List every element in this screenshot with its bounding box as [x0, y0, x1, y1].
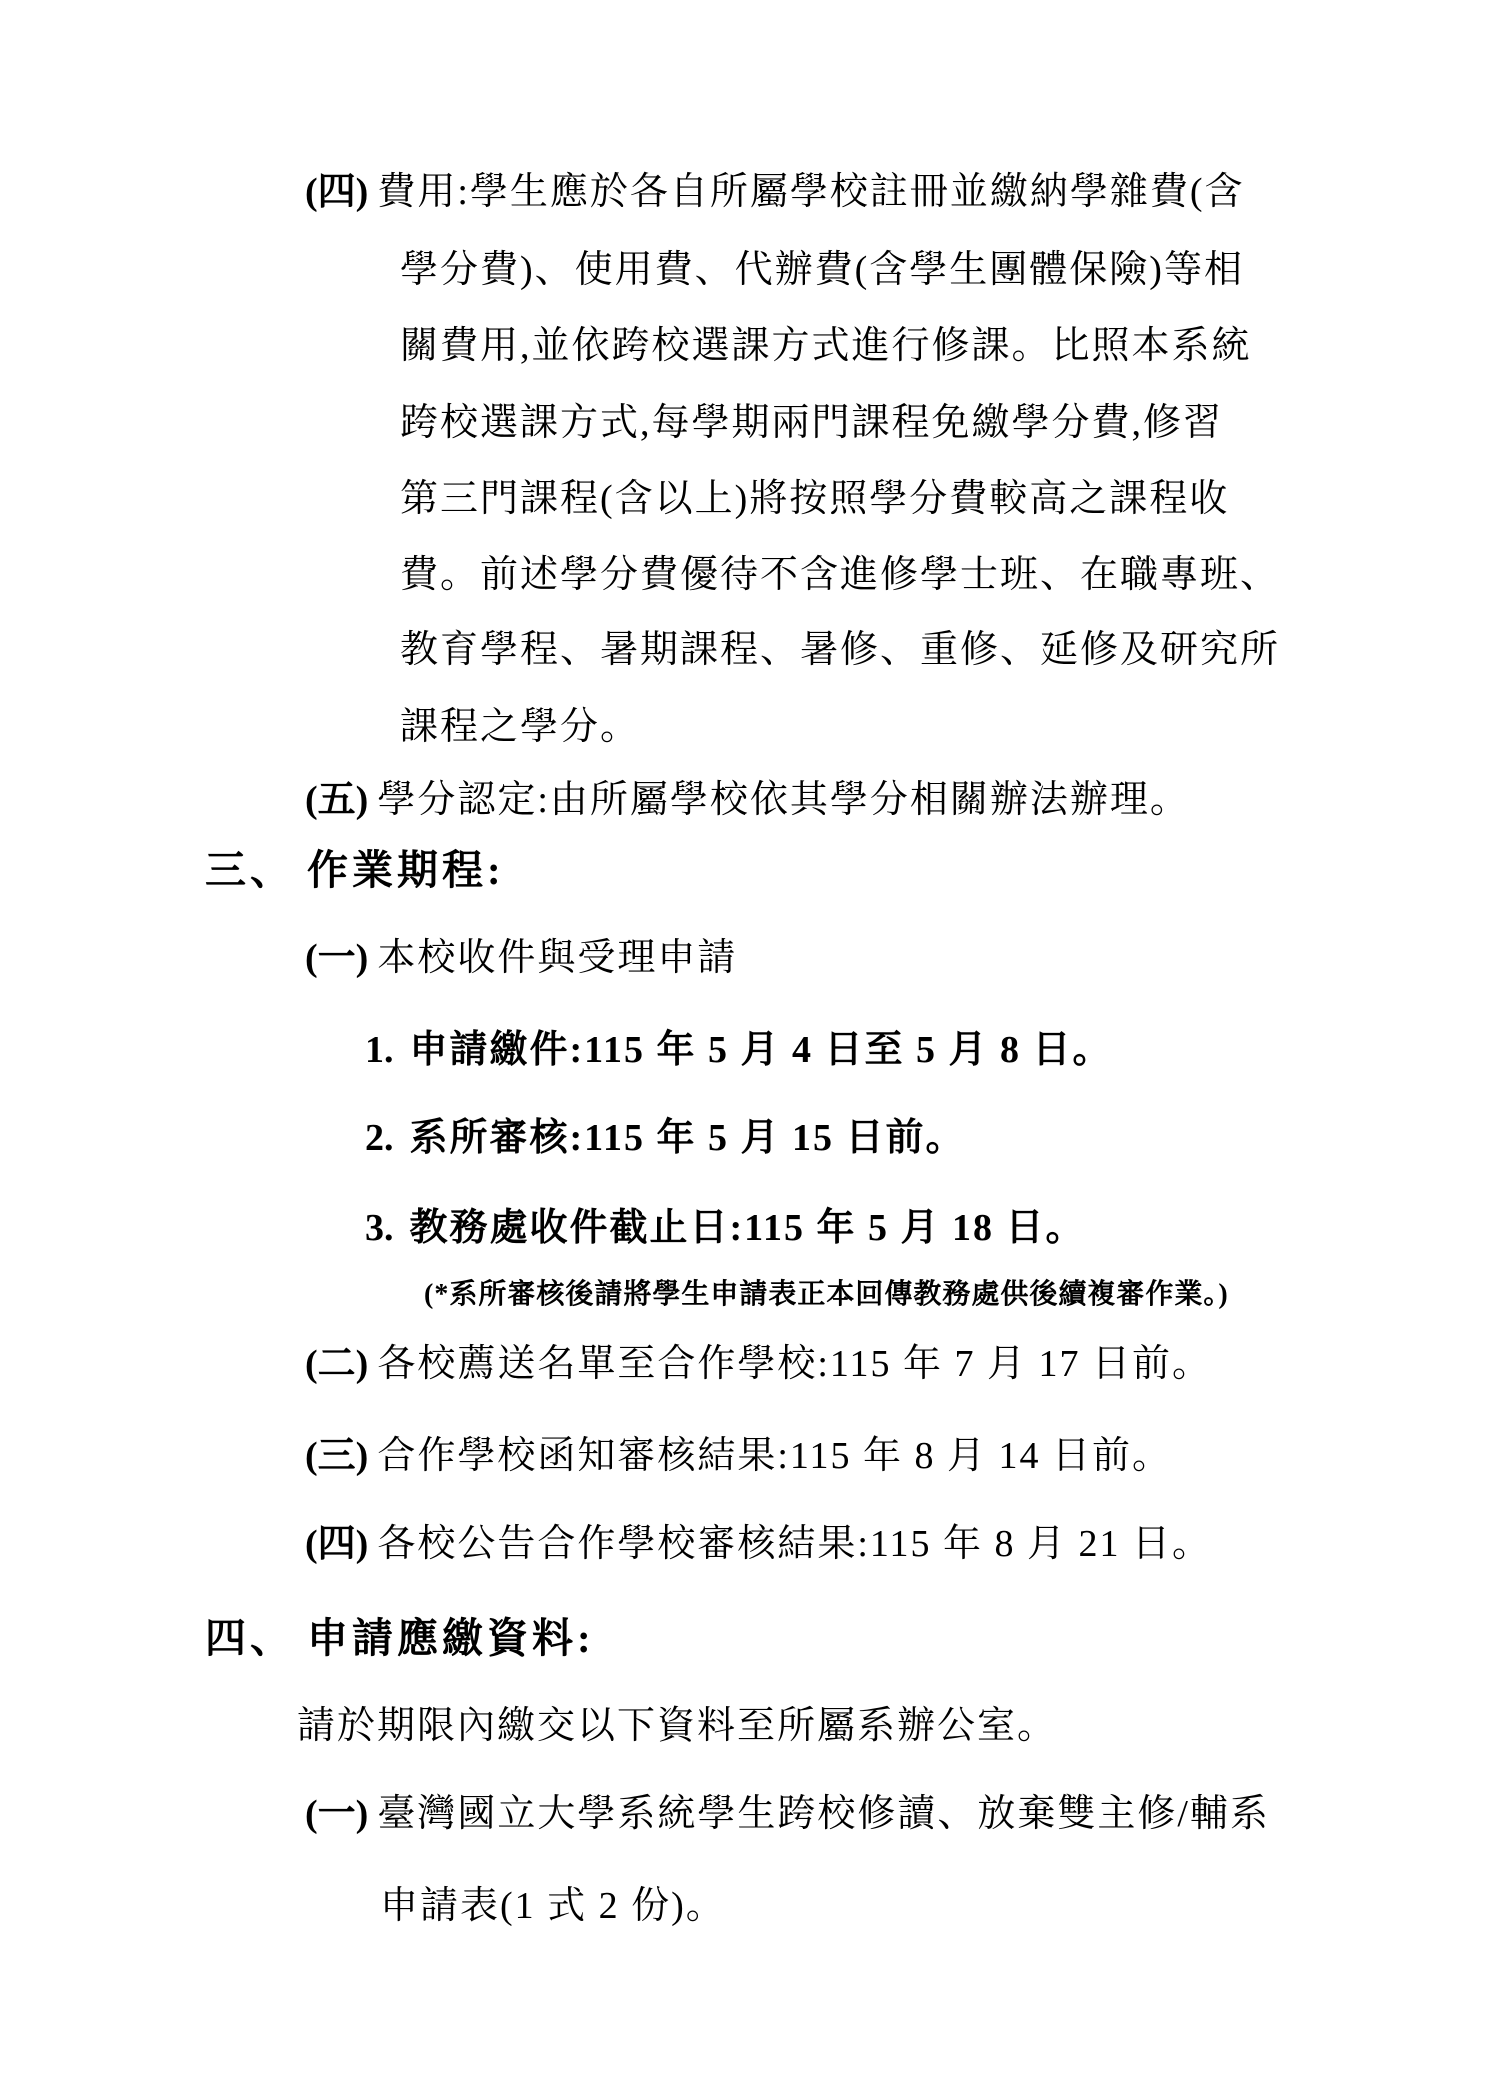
- item-credit-line: (五)學分認定:由所屬學校依其學分相關辦法辦理。: [305, 778, 1190, 824]
- section-4-heading: 四、申請應繳資料:: [205, 1614, 595, 1663]
- item-fee-line-4: 跨校選課方式,每學期兩門課程免繳學分費,修習: [400, 401, 1223, 447]
- s3-sub-2-text: 系所審核:115 年 5 月 15 日前。: [410, 1117, 966, 1159]
- s3-item-2-line: (二)各校薦送名單至合作學校:115 年 7 月 17 日前。: [305, 1342, 1212, 1388]
- s3-item-2-text: 各校薦送名單至合作學校:115 年 7 月 17 日前。: [377, 1343, 1212, 1385]
- s3-item-1-line: (一)本校收件與受理申請: [305, 936, 737, 982]
- section-4-title: 申請應繳資料:: [307, 1615, 595, 1661]
- s3-item-4-text: 各校公告合作學校審核結果:115 年 8 月 21 日。: [377, 1523, 1212, 1565]
- s3-sub-1-line: 1.申請繳件:115 年 5 月 4 日至 5 月 8 日。: [365, 1028, 1113, 1074]
- s3-sub-1-number: 1.: [365, 1029, 394, 1071]
- s4-intro-line: 請於期限內繳交以下資料至所屬系辦公室。: [297, 1704, 1057, 1750]
- s4-item-1-text-1: 臺灣國立大學系統學生跨校修讀、放棄雙主修/輔系: [377, 1793, 1270, 1835]
- item-fee-line-7: 教育學程、暑期課程、暑修、重修、延修及研究所: [400, 628, 1280, 674]
- s3-item-1-marker: (一): [305, 937, 368, 979]
- s3-sub-3-line: 3.教務處收件截止日:115 年 5 月 18 日。: [365, 1206, 1086, 1252]
- item-fee-line-6: 費。前述學分費優待不含進修學士班、在職專班、: [400, 553, 1280, 599]
- s3-item-3-marker: (三): [305, 1435, 368, 1477]
- item-fee-line-3: 關費用,並依跨校選課方式進行修課。比照本系統: [400, 324, 1252, 370]
- item-fee-line-1: (四)費用:學生應於各自所屬學校註冊並繳納學雜費(含: [305, 170, 1245, 216]
- s3-item-1-text: 本校收件與受理申請: [377, 937, 737, 979]
- s3-sub-2-line: 2.系所審核:115 年 5 月 15 日前。: [365, 1116, 966, 1162]
- item-credit-text: 學分認定:由所屬學校依其學分相關辦法辦理。: [377, 779, 1190, 821]
- s3-item-3-text: 合作學校函知審核結果:115 年 8 月 14 日前。: [377, 1435, 1172, 1477]
- item-fee-line-2: 學分費)、使用費、代辦費(含學生團體保險)等相: [400, 248, 1244, 294]
- s3-review-note: (*系所審核後請將學生申請表正本回傳教務處供後續複審作業。): [424, 1278, 1229, 1312]
- s4-item-1-line-2: 申請表(1 式 2 份)。: [380, 1884, 726, 1930]
- s3-sub-2-number: 2.: [365, 1117, 394, 1159]
- s3-sub-1-text: 申請繳件:115 年 5 月 4 日至 5 月 8 日。: [410, 1029, 1113, 1071]
- s3-sub-3-text: 教務處收件截止日:115 年 5 月 18 日。: [410, 1207, 1086, 1249]
- s3-item-4-marker: (四): [305, 1523, 368, 1565]
- item-fee-line-5: 第三門課程(含以上)將按照學分費較高之課程收: [400, 477, 1229, 523]
- document-page: (四)費用:學生應於各自所屬學校註冊並繳納學雜費(含 學分費)、使用費、代辦費(…: [0, 0, 1485, 2100]
- section-3-heading: 三、作業期程:: [205, 846, 505, 895]
- item-fee-line-8: 課程之學分。: [400, 705, 640, 751]
- s3-item-3-line: (三)合作學校函知審核結果:115 年 8 月 14 日前。: [305, 1434, 1172, 1480]
- item-fee-marker: (四): [305, 171, 368, 213]
- section-3-number: 三、: [205, 847, 295, 893]
- item-fee-text-1: 費用:學生應於各自所屬學校註冊並繳納學雜費(含: [377, 171, 1244, 213]
- item-credit-marker: (五): [305, 779, 368, 821]
- s4-item-1-marker: (一): [305, 1793, 368, 1835]
- s3-sub-3-number: 3.: [365, 1207, 394, 1249]
- section-4-number: 四、: [205, 1615, 295, 1661]
- section-3-title: 作業期程:: [307, 847, 505, 893]
- s3-item-4-line: (四)各校公告合作學校審核結果:115 年 8 月 21 日。: [305, 1522, 1212, 1568]
- s4-item-1-line-1: (一)臺灣國立大學系統學生跨校修讀、放棄雙主修/輔系: [305, 1792, 1270, 1838]
- s3-item-2-marker: (二): [305, 1343, 368, 1385]
